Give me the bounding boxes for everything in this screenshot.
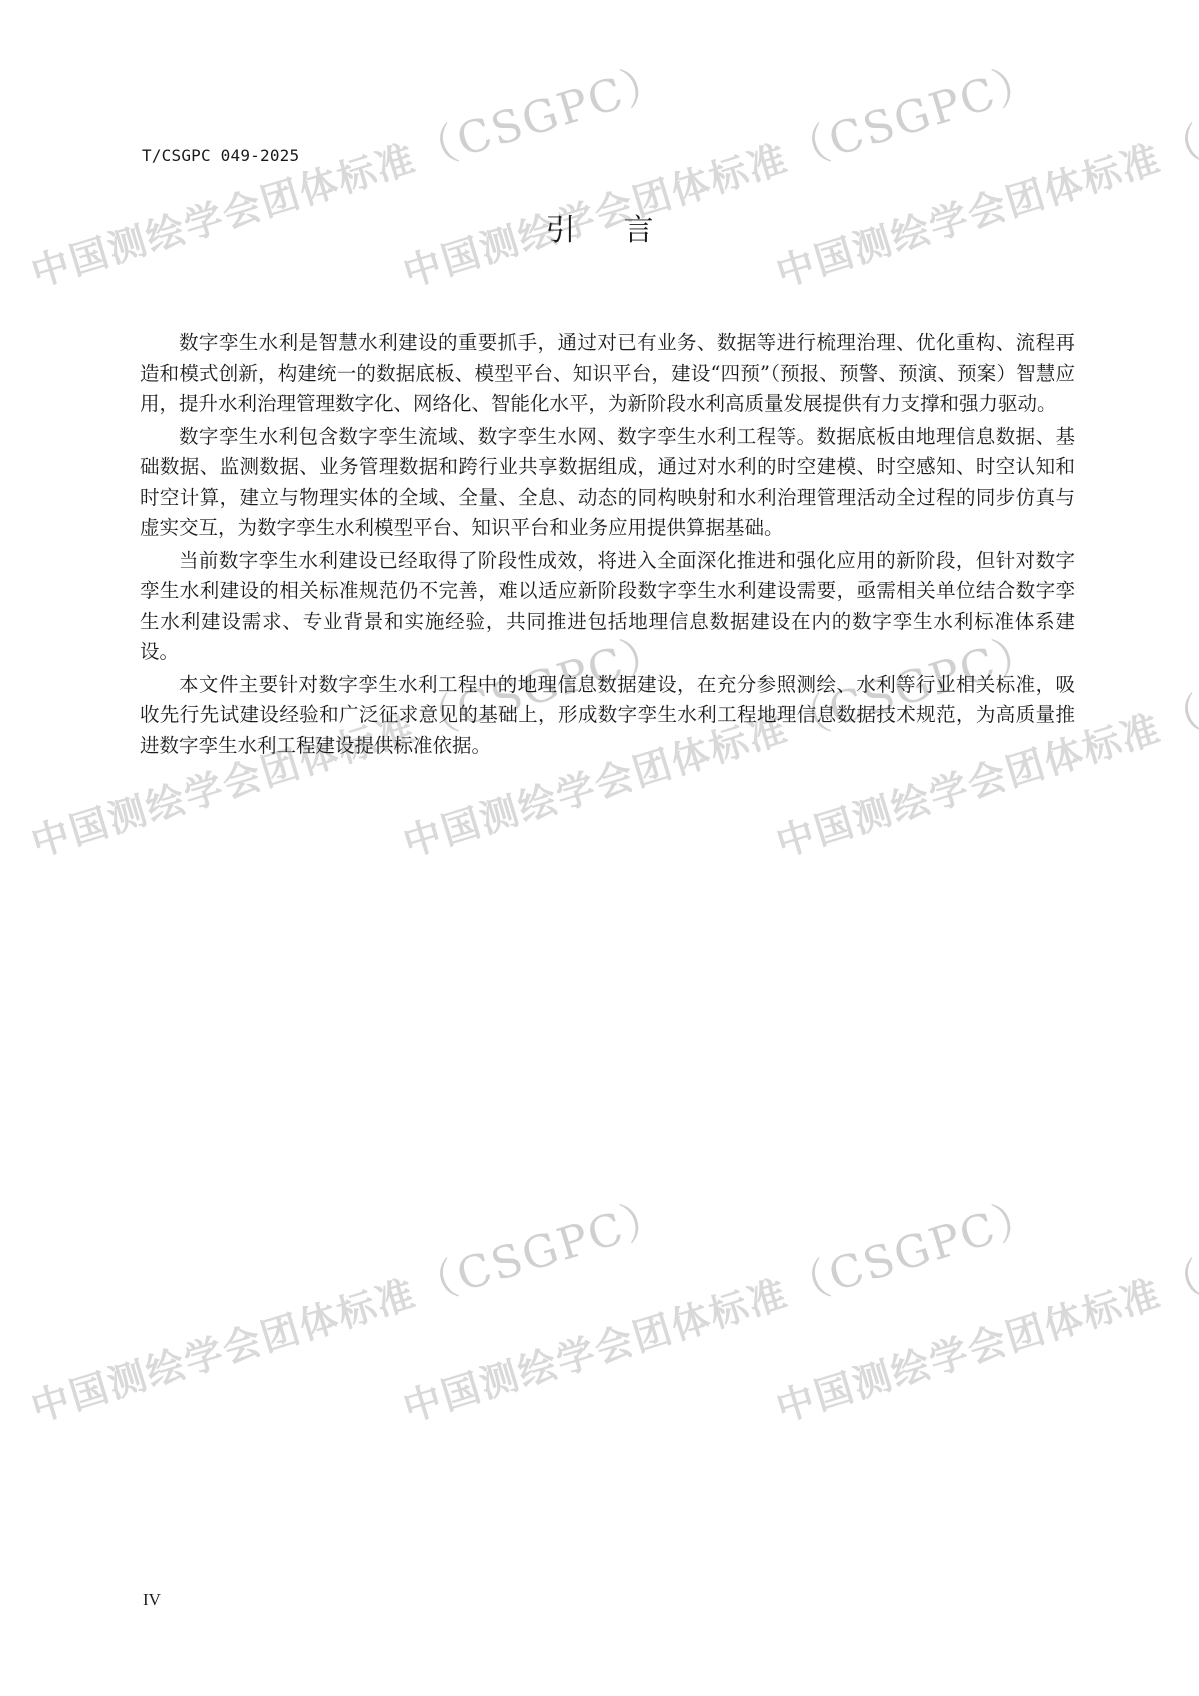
paragraph: 本文件主要针对数字孪生水利工程中的地理信息数据建设，在充分参照测绘、水利等行业相… bbox=[140, 670, 1075, 762]
watermark: 中国测绘学会团体标准（CSGPC） bbox=[393, 44, 1047, 299]
watermark: 中国测绘学会团体标准（CSGPC） bbox=[21, 1179, 675, 1434]
watermark: 中国测绘学会团体标准（CSGPC） bbox=[21, 44, 675, 299]
watermark: 中国测绘学会团体标准（CSGPC） bbox=[393, 1179, 1047, 1434]
watermark: 中国测绘学会团体标准（CSGPC） bbox=[766, 1179, 1199, 1434]
document-code: T/CSGPC 049-2025 bbox=[142, 146, 299, 165]
introduction-body: 数字孪生水利是智慧水利建设的重要抓手，通过对已有业务、数据等进行梳理治理、优化重… bbox=[140, 328, 1075, 763]
paragraph: 数字孪生水利是智慧水利建设的重要抓手，通过对已有业务、数据等进行梳理治理、优化重… bbox=[140, 328, 1075, 420]
watermark: 中国测绘学会团体标准（CSGPC） bbox=[766, 44, 1199, 299]
page-title: 引言 bbox=[0, 205, 1199, 249]
page-number: IV bbox=[143, 1590, 161, 1610]
paragraph: 数字孪生水利包含数字孪生流域、数字孪生水网、数字孪生水利工程等。数据底板由地理信… bbox=[140, 422, 1075, 544]
paragraph: 当前数字孪生水利建设已经取得了阶段性成效，将进入全面深化推进和强化应用的新阶段，… bbox=[140, 546, 1075, 668]
